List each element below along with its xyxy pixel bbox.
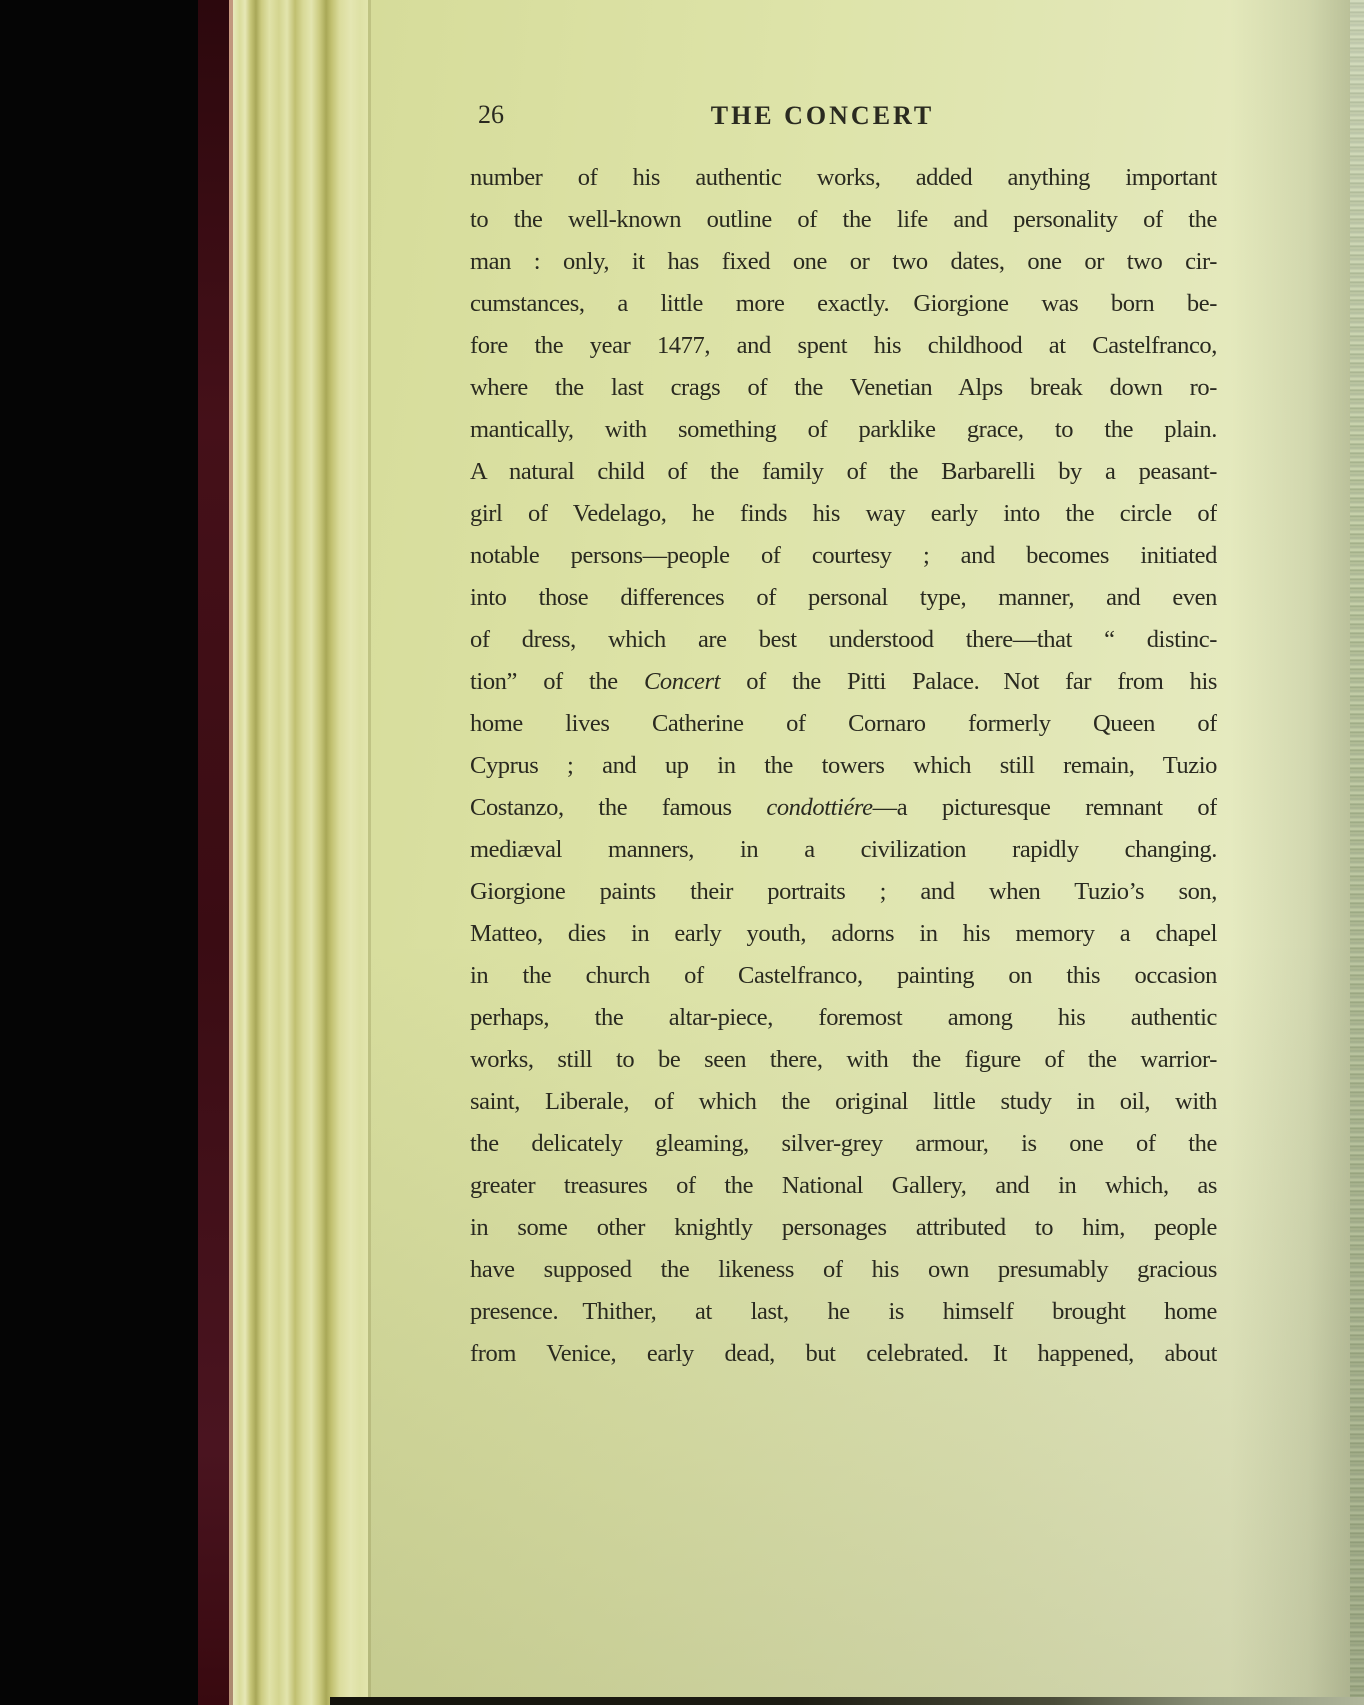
- body-line: the delicately gleaming, silver-grey arm…: [470, 1123, 1217, 1165]
- body-text: Giorgione paints their portraits ; and w…: [470, 878, 1217, 905]
- body-text: mediæval manners, in a civilization rapi…: [470, 836, 1217, 863]
- body-line: where the last crags of the Venetian Alp…: [470, 367, 1217, 409]
- body-line: presence. Thither, at last, he is himsel…: [470, 1291, 1217, 1333]
- body-text: cumstances, a little more exactly. Giorg…: [470, 290, 1217, 317]
- body-text: have supposed the likeness of his own pr…: [470, 1256, 1217, 1283]
- body-line: perhaps, the altar-piece, foremost among…: [470, 997, 1217, 1039]
- body-line: saint, Liberale, of which the original l…: [470, 1081, 1217, 1123]
- body-line: mediæval manners, in a civilization rapi…: [470, 829, 1217, 871]
- body-line: in some other knightly personages attrib…: [470, 1207, 1217, 1249]
- body-text-italic: Concert: [644, 668, 720, 695]
- body-line: to the well-known outline of the life an…: [470, 199, 1217, 241]
- body-text: in the church of Castelfranco, painting …: [470, 962, 1217, 989]
- body-text: Cyprus ; and up in the towers which stil…: [470, 752, 1217, 779]
- text-block: number of his authentic works, added any…: [470, 157, 1217, 1375]
- body-text: presence. Thither, at last, he is himsel…: [470, 1298, 1217, 1325]
- body-text: A natural child of the family of the Bar…: [470, 458, 1217, 485]
- body-line: in the church of Castelfranco, painting …: [470, 955, 1217, 997]
- body-text: works, still to be seen there, with the …: [470, 1046, 1217, 1073]
- body-text: Matteo, dies in early youth, adorns in h…: [470, 920, 1217, 947]
- body-line: cumstances, a little more exactly. Giorg…: [470, 283, 1217, 325]
- body-line: Costanzo, the famous condottiére—a pictu…: [470, 787, 1217, 829]
- body-text: fore the year 1477, and spent his childh…: [470, 332, 1217, 359]
- body-line: Cyprus ; and up in the towers which stil…: [470, 745, 1217, 787]
- body-line: A natural child of the family of the Bar…: [470, 451, 1217, 493]
- body-line: girl of Vedelago, he finds his way early…: [470, 493, 1217, 535]
- body-text: tion” of the: [470, 668, 644, 695]
- body-line: fore the year 1477, and spent his childh…: [470, 325, 1217, 367]
- body-line: home lives Catherine of Cornaro formerly…: [470, 703, 1217, 745]
- body-text: number of his authentic works, added any…: [470, 164, 1217, 191]
- body-text: home lives Catherine of Cornaro formerly…: [470, 710, 1217, 737]
- body-line: Giorgione paints their portraits ; and w…: [470, 871, 1217, 913]
- page-edge-stack: [233, 0, 368, 1705]
- body-text-italic: condottiére: [766, 794, 872, 821]
- page-gutter-shadow: [1230, 0, 1350, 1705]
- body-text: where the last crags of the Venetian Alp…: [470, 374, 1217, 401]
- body-text: saint, Liberale, of which the original l…: [470, 1088, 1217, 1115]
- body-line: works, still to be seen there, with the …: [470, 1039, 1217, 1081]
- body-line: notable persons—people of courtesy ; and…: [470, 535, 1217, 577]
- body-text: mantically, with something of parklike g…: [470, 416, 1217, 443]
- running-header: THE CONCERT: [470, 101, 1175, 131]
- body-text: perhaps, the altar-piece, foremost among…: [470, 1004, 1217, 1031]
- body-text: from Venice, early dead, but celebrated.…: [470, 1340, 1217, 1367]
- body-line: from Venice, early dead, but celebrated.…: [470, 1333, 1217, 1375]
- body-line: have supposed the likeness of his own pr…: [470, 1249, 1217, 1291]
- body-text: of the Pitti Palace. Not far from his: [720, 668, 1217, 695]
- scanned-book-photo: { "page": { "number": "26", "header": "T…: [0, 0, 1364, 1705]
- bottom-table-edge: [330, 1697, 1364, 1705]
- body-text: into those differences of personal type,…: [470, 584, 1217, 611]
- body-text: in some other knightly personages attrib…: [470, 1214, 1217, 1241]
- book-cover-edge: [198, 0, 230, 1705]
- body-line: of dress, which are best understood ther…: [470, 619, 1217, 661]
- body-text: greater treasures of the National Galler…: [470, 1172, 1217, 1199]
- body-text: man : only, it has fixed one or two date…: [470, 248, 1217, 275]
- body-line: man : only, it has fixed one or two date…: [470, 241, 1217, 283]
- body-line: into those differences of personal type,…: [470, 577, 1217, 619]
- body-line: greater treasures of the National Galler…: [470, 1165, 1217, 1207]
- body-text: —a picturesque remnant of: [873, 794, 1217, 821]
- facing-page-edge: [1350, 0, 1364, 1705]
- body-line: mantically, with something of parklike g…: [470, 409, 1217, 451]
- body-text: the delicately gleaming, silver-grey arm…: [470, 1130, 1217, 1157]
- body-text: of dress, which are best understood ther…: [470, 626, 1217, 653]
- body-line: tion” of the Concert of the Pitti Palace…: [470, 661, 1217, 703]
- body-line: number of his authentic works, added any…: [470, 157, 1217, 199]
- body-text: Costanzo, the famous: [470, 794, 766, 821]
- body-text: notable persons—people of courtesy ; and…: [470, 542, 1217, 569]
- page-edge-line: [368, 0, 371, 1705]
- body-line: Matteo, dies in early youth, adorns in h…: [470, 913, 1217, 955]
- body-text: to the well-known outline of the life an…: [470, 206, 1217, 233]
- body-text: girl of Vedelago, he finds his way early…: [470, 500, 1217, 527]
